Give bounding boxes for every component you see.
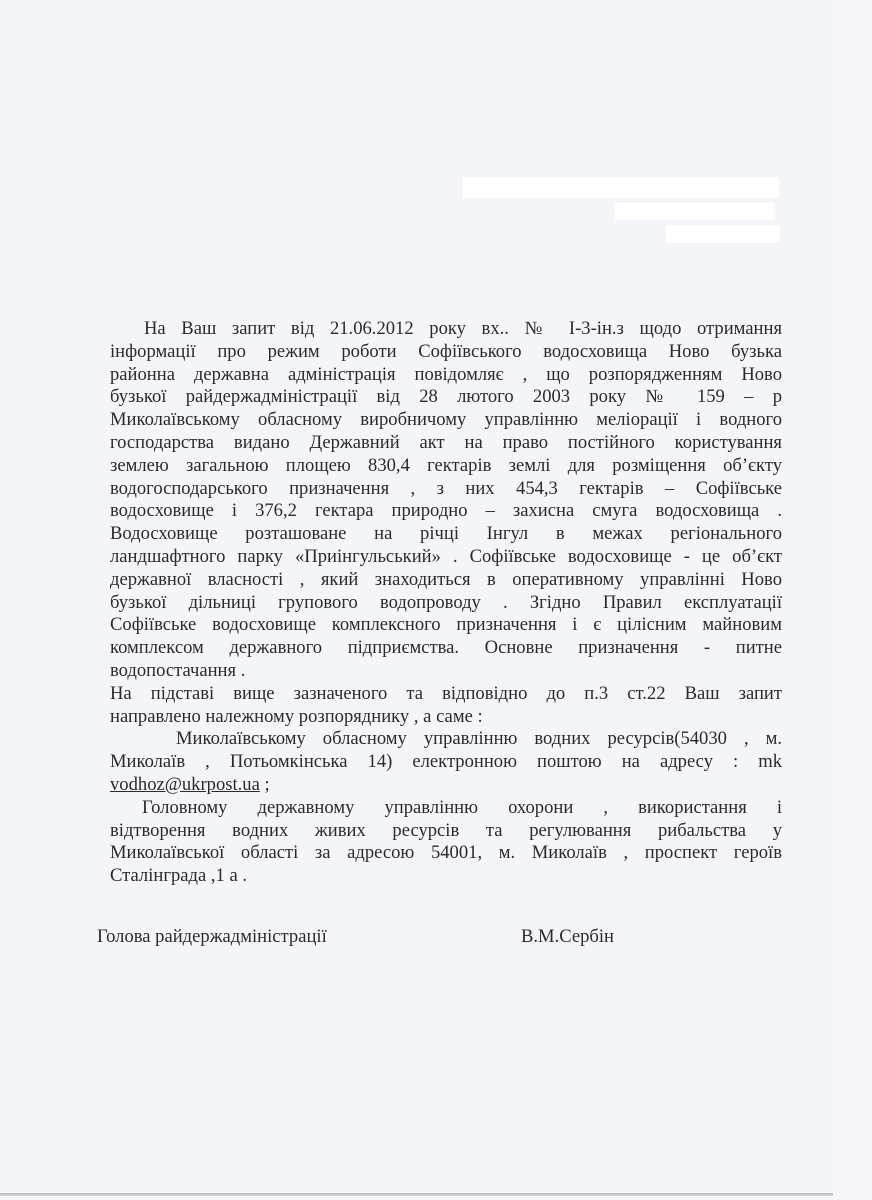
- scanned-letter-page: На Ваш запит від 21.06.2012 року вх.. № …: [0, 0, 833, 1194]
- body-line: водосховище і 376,2 гектара природно – з…: [110, 500, 782, 523]
- body-line: комплексом державного підприємства. Осно…: [110, 637, 782, 660]
- body-line: державної власності , який знаходиться в…: [110, 569, 782, 592]
- signatory-name: В.М.Сербін: [521, 926, 614, 948]
- body-line: На Ваш запит від 21.06.2012 року вх.. № …: [110, 318, 782, 341]
- body-line: Сталінграда ,1 а .: [110, 865, 782, 888]
- body-line: землею загальною площею 830,4 гектарів з…: [110, 455, 782, 478]
- body-line: інформації про режим роботи Софіївського…: [110, 341, 782, 364]
- body-line: господарства видано Державний акт на пра…: [110, 432, 782, 455]
- scan-edge-right: [833, 0, 872, 1200]
- body-line: Миколаївської області за адресою 54001, …: [110, 842, 782, 865]
- email-link[interactable]: vodhoz@ukrpost.ua: [110, 774, 260, 795]
- body-line: водогосподарського призначення , з них 4…: [110, 478, 782, 501]
- email-line: vodhoz@ukrpost.ua ;: [110, 774, 782, 797]
- body-line: ландшафтного парку «Приінгульський» . Со…: [110, 546, 782, 569]
- body-line: районна державна адміністрація повідомля…: [110, 364, 782, 387]
- redacted-address-line-3: [666, 225, 780, 243]
- redacted-address-line-1: [463, 177, 779, 198]
- email-suffix: ;: [260, 774, 270, 795]
- scan-edge-bottom: [0, 1193, 833, 1196]
- letter-body: На Ваш запит від 21.06.2012 року вх.. № …: [110, 318, 782, 888]
- body-line: бузької райдержадміністрації від 28 люто…: [110, 386, 782, 409]
- body-line: бузької дільниці групового водопроводу .…: [110, 592, 782, 615]
- body-line: відтворення водних живих ресурсів та рег…: [110, 820, 782, 843]
- signatory-title: Голова райдержадміністрації: [97, 926, 327, 948]
- body-line: направлено належному розпоряднику , а са…: [110, 706, 782, 729]
- body-line: На підставі вище зазначеного та відповід…: [110, 683, 782, 706]
- body-line: Миколаївському обласному управлінню водн…: [110, 728, 782, 751]
- body-line: Миколаїв , Потьомкінська 14) електронною…: [110, 751, 782, 774]
- redacted-address-line-2: [615, 203, 775, 220]
- body-line: Водосховище розташоване на річці Інгул в…: [110, 523, 782, 546]
- body-line: Головному державному управлінню охорони …: [110, 797, 782, 820]
- body-line: Миколаївському обласному виробничому упр…: [110, 409, 782, 432]
- body-line: Софіївське водосховище комплексного приз…: [110, 614, 782, 637]
- body-line: водопостачання .: [110, 660, 782, 683]
